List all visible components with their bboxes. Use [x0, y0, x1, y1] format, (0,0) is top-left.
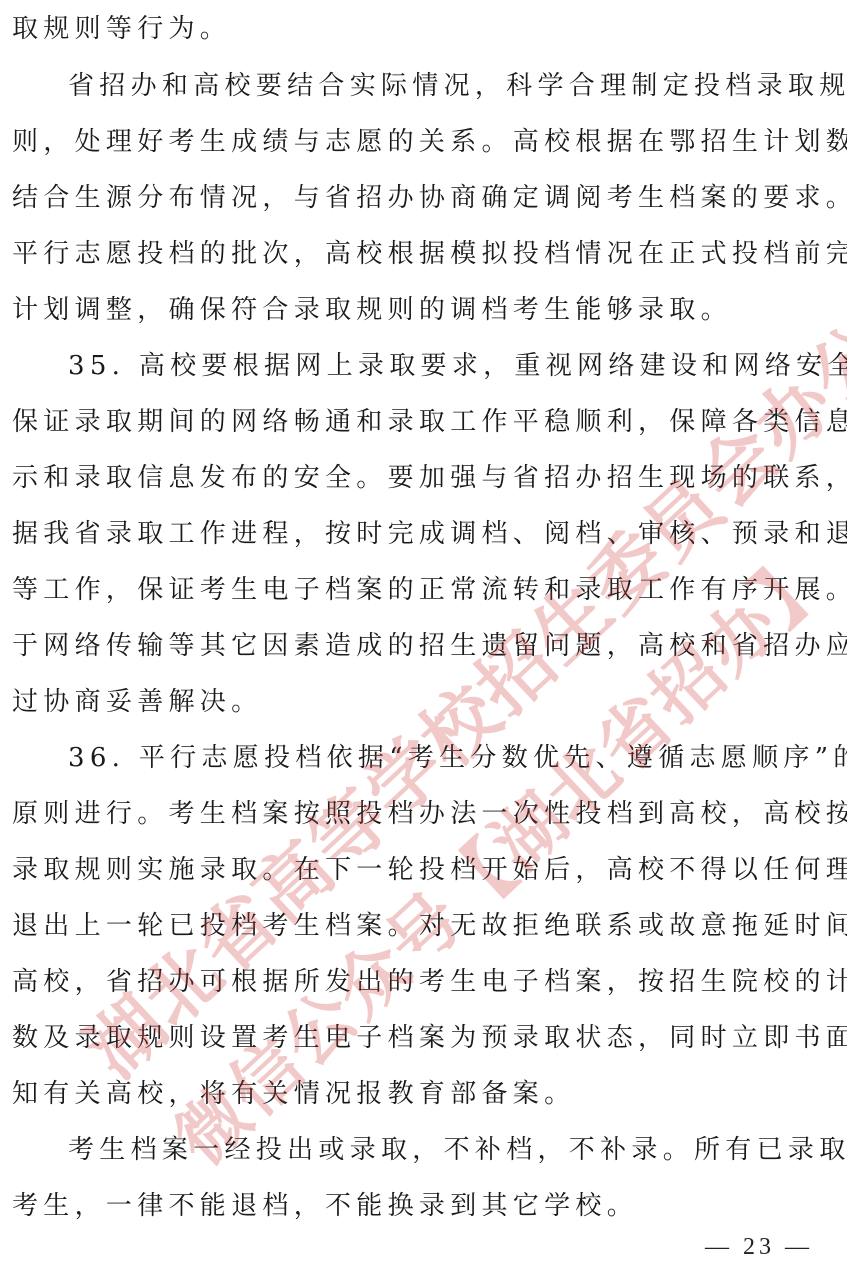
- page-number: — 23 —: [705, 1234, 813, 1261]
- text-line: 数及录取规则设置考生电子档案为预录取状态，同时立即书面通: [12, 1021, 842, 1055]
- text-line: 计划调整，确保符合录取规则的调档考生能够录取。: [12, 293, 842, 327]
- text-line: 35. 高校要根据网上录取要求，重视网络建设和网络安全，: [68, 349, 842, 383]
- text-line: 36. 平行志愿投档依据“考生分数优先、遵循志愿顺序”的: [68, 741, 842, 775]
- text-line: 结合生源分布情况，与省招办协商确定调阅考生档案的要求。按: [12, 181, 842, 215]
- text-line: 保证录取期间的网络畅通和录取工作平稳顺利，保障各类信息公: [12, 405, 842, 439]
- text-line: 据我省录取工作进程，按时完成调档、阅档、审核、预录和退档: [12, 517, 842, 551]
- document-page: 取规则等行为。 省招办和高校要结合实际情况，科学合理制定投档录取规 则，处理好考…: [0, 0, 847, 1267]
- text-line: 考生，一律不能退档，不能换录到其它学校。: [12, 1189, 842, 1223]
- text-line: 于网络传输等其它因素造成的招生遗留问题，高校和省招办应通: [12, 629, 842, 663]
- text-line: 知有关高校，将有关情况报教育部备案。: [12, 1077, 842, 1111]
- text-line: 省招办和高校要结合实际情况，科学合理制定投档录取规: [68, 69, 842, 103]
- text-line: 考生档案一经投出或录取，不补档，不补录。所有已录取的: [68, 1133, 842, 1167]
- text-line: 等工作，保证考生电子档案的正常流转和录取工作有序开展。由: [12, 573, 842, 607]
- text-line: 示和录取信息发布的安全。要加强与省招办招生现场的联系，根: [12, 461, 842, 495]
- text-line: 取规则等行为。: [12, 12, 842, 46]
- text-line: 高校，省招办可根据所发出的考生电子档案，按招生院校的计划: [12, 965, 842, 999]
- text-line: 则，处理好考生成绩与志愿的关系。高校根据在鄂招生计划数，: [12, 125, 842, 159]
- text-line: 原则进行。考生档案按照投档办法一次性投档到高校，高校按照: [12, 797, 842, 831]
- text-line: 退出上一轮已投档考生档案。对无故拒绝联系或故意拖延时间的: [12, 909, 842, 943]
- text-line: 录取规则实施录取。在下一轮投档开始后，高校不得以任何理由: [12, 853, 842, 887]
- text-line: 平行志愿投档的批次，高校根据模拟投档情况在正式投档前完成: [12, 237, 842, 271]
- text-line: 过协商妥善解决。: [12, 685, 842, 719]
